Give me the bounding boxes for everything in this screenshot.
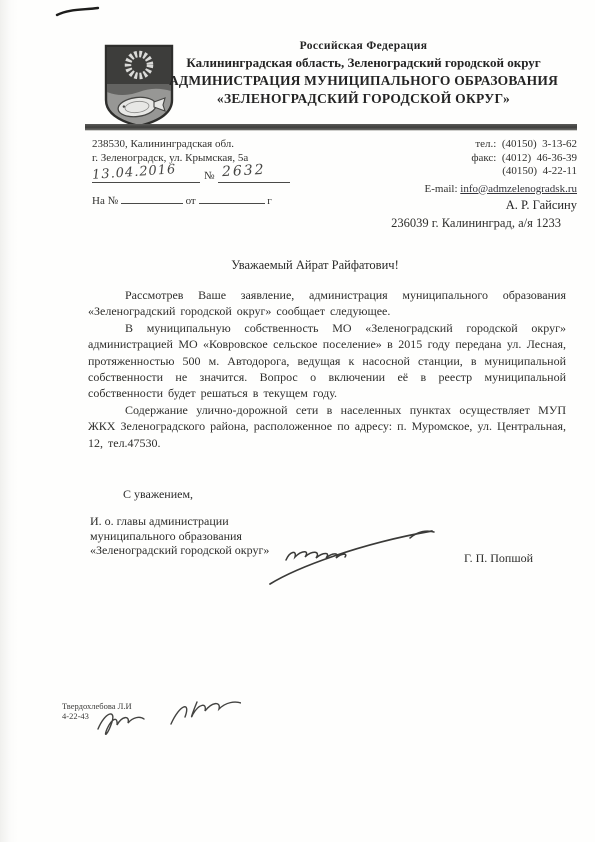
email-link[interactable]: info@admzelenogradsk.ru — [460, 183, 577, 195]
signer-position-line2: муниципального образования — [90, 529, 269, 544]
sender-postal-line1: 238530, Калининградская обл. — [92, 138, 342, 152]
salutation: Уважаемый Айрат Райфатович! — [60, 258, 570, 273]
executor-signature-1 — [92, 702, 154, 738]
signer-name: Г. П. Попшой — [464, 551, 533, 566]
fax-value-2: (40150) 4-22-11 — [502, 165, 577, 177]
letter-body: Рассмотрев Ваше заявление, администрация… — [88, 287, 566, 451]
reference-from-label: от — [186, 195, 196, 207]
letterhead-administration: АДМИНИСТРАЦИЯ МУНИЦИПАЛЬНОГО ОБРАЗОВАНИЯ — [150, 73, 577, 89]
outgoing-number-line: 13.04.2016 № 2632 — [92, 168, 342, 188]
paragraph-2: В муниципальную собственность МО «Зелено… — [88, 320, 566, 402]
recipient-address: 236039 г. Калининград, а/я 1233 — [391, 216, 561, 231]
paragraph-3: Содержание улично-дорожной сети в населе… — [88, 402, 566, 451]
contact-block: тел.: (40150) 3-13-62 факс: (4012) 46-36… — [317, 138, 577, 213]
phone-value: (40150) 3-13-62 — [502, 138, 577, 150]
signer-position-line3: «Зеленоградский городской округ» — [90, 543, 269, 558]
letterhead: Российская Федерация Калининградская обл… — [150, 40, 577, 107]
fax-row: факс: (4012) 46-36-39 — [317, 152, 577, 166]
letterhead-divider-rule — [85, 124, 577, 130]
closing-regards: С уважением, — [123, 487, 193, 502]
executor-signature-2 — [163, 694, 241, 732]
fax-value-1: (4012) 46-36-39 — [502, 152, 577, 164]
paragraph-1: Рассмотрев Ваше заявление, администрация… — [88, 287, 566, 320]
pen-mark — [54, 5, 102, 19]
handwritten-outgoing-number: 2632 — [222, 164, 266, 180]
handwritten-outgoing-date: 13.04.2016 — [92, 163, 177, 182]
letterhead-region: Калининградская область, Зеленоградский … — [150, 55, 577, 71]
sender-postal-line2: г. Зеленоградск, ул. Крымская, 5а — [92, 152, 342, 166]
letterhead-org-name: «ЗЕЛЕНОГРАДСКИЙ ГОРОДСКОЙ ОКРУГ» — [150, 91, 577, 107]
reference-date-blank — [199, 192, 265, 204]
reference-number-blank — [121, 192, 183, 204]
phone-label: тел.: — [475, 138, 496, 150]
date-blank-line — [92, 182, 200, 183]
addressee-name: А. Р. Гайсину — [317, 199, 577, 213]
number-blank-line — [218, 182, 290, 183]
fax-row-2: (40150) 4-22-11 — [317, 165, 577, 179]
reference-year-suffix: г — [267, 195, 272, 207]
letterhead-country: Российская Федерация — [150, 40, 577, 52]
fax-label: факс: — [471, 152, 496, 164]
sender-requisites: 238530, Калининградская обл. г. Зеленогр… — [92, 138, 342, 209]
number-sign-label: № — [204, 170, 215, 184]
scanned-letter-page: Российская Федерация Калининградская обл… — [0, 0, 595, 842]
signer-position-line1: И. о. главы администрации — [90, 514, 269, 529]
signer-position: И. о. главы администрации муниципального… — [90, 514, 269, 558]
reference-prefix: На № — [92, 195, 118, 207]
signature-handwritten — [262, 520, 440, 588]
phone-row: тел.: (40150) 3-13-62 — [317, 138, 577, 152]
email-row: E-mail: info@admzelenogradsk.ru — [317, 183, 577, 197]
email-label: E-mail: — [425, 183, 458, 195]
reference-line: На № от г — [92, 192, 342, 209]
